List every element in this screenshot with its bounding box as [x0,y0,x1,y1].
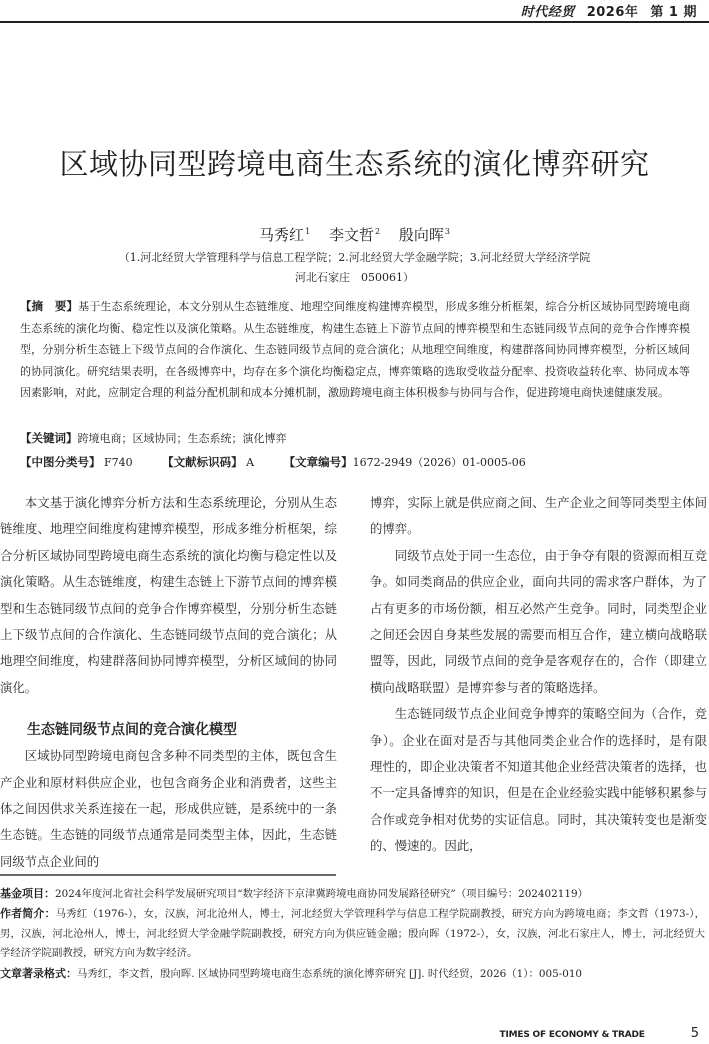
abstract-label: 【摘 要】 [20,299,78,313]
author-name: 李文哲 [329,226,374,244]
page-number: 5 [691,1026,699,1041]
footnote-divider [0,874,336,876]
clc-label: 【中图分类号】 [20,455,101,469]
affiliation-line: 河北石家庄 050061） [0,268,709,288]
fund-label: 基金项目： [0,887,55,900]
affiliation-mark: 2 [375,227,380,236]
header-text: 时代经贸2026年第 1 期 [521,1,697,20]
body-paragraph: 生态链同级节点企业间竞争博弈的策略空间为（合作，竞争）。企业在面对是否与其他同类… [370,701,707,859]
author: 马秀红1 [259,226,310,244]
header-divider [0,21,709,23]
abstract-text: 基于生态系统理论，本文分别从生态链维度、地理空间维度构建博弈模型，形成多维分析框… [20,300,690,399]
abstract: 【摘 要】基于生态系统理论，本文分别从生态链维度、地理空间维度构建博弈模型，形成… [20,296,690,404]
classification-row: 【中图分类号】 F740 【文献标识码】 A 【文章编号】1672-2949（2… [20,452,526,473]
author: 殷向晖3 [399,226,450,244]
author-bio-note: 作者简介：马秀红（1976-），女，汉族，河北沧州人，博士，河北经贸大学管理科学… [0,904,705,963]
article-number-field: 【文章编号】1672-2949（2026）01-0005-06 [284,456,526,469]
body-column-right: 博弈，实际上就是供应商之间、生产企业之间等同类型主体间的博弈。 同级节点处于同一… [370,490,707,860]
doc-code-field: 【文献标识码】 A [162,456,254,469]
article-number-label: 【文章编号】 [284,455,353,469]
bio-text: 马秀红（1976-），女，汉族，河北沧州人，博士，河北经贸大学管理科学与信息工程… [0,908,705,959]
fund-note: 基金项目：2024年度河北省社会科学发展研究项目“数字经济下京津冀跨境电商协同发… [0,884,705,904]
author-name: 马秀红 [259,226,304,244]
citation-note: 文章著录格式：马秀红，李文哲，殷向晖. 区域协同型跨境电商生态系统的演化博弈研究… [0,964,705,984]
keywords-text: 跨境电商；区域协同；生态系统；演化博弈 [78,432,287,445]
doc-code-value: A [246,456,254,469]
citation-label: 文章著录格式： [0,967,77,980]
affiliation-mark: 1 [305,227,310,236]
author-name: 殷向晖 [399,226,444,244]
article-title: 区域协同型跨境电商生态系统的演化博弈研究 [0,142,709,183]
keywords-label: 【关键词】 [20,431,78,445]
article-number-value: 1672-2949（2026）01-0005-06 [353,456,526,469]
citation-text: 马秀红，李文哲，殷向晖. 区域协同型跨境电商生态系统的演化博弈研究 [J]. 时… [77,968,582,980]
doc-code-label: 【文献标识码】 [162,455,243,469]
clc-field: 【中图分类号】 F740 [20,456,133,469]
fund-text: 2024年度河北省社会科学发展研究项目“数字经济下京津冀跨境电商协同发展路径研究… [55,888,588,900]
affiliations: （1.河北经贸大学管理科学与信息工程学院；2.河北经贸大学金融学院；3.河北经贸… [0,248,709,288]
running-footer: TIMES OF ECONOMY & TRADE5 [500,1022,699,1041]
journal-english-name: TIMES OF ECONOMY & TRADE [500,1030,645,1040]
clc-value: F740 [104,456,133,469]
bio-label: 作者简介： [0,907,56,920]
affiliation-line: （1.河北经贸大学管理科学与信息工程学院；2.河北经贸大学金融学院；3.河北经贸… [0,248,709,268]
section-heading: 生态链同级节点间的竞合演化模型 [27,717,337,743]
body-paragraph: 同级节点处于同一生态位，由于争夺有限的资源而相互竞争。如同类商品的供应企业，面向… [370,543,707,701]
issue-year: 2026年 [587,5,639,20]
author: 李文哲2 [329,226,380,244]
affiliation-mark: 3 [445,227,450,236]
keywords-row: 【关键词】跨境电商；区域协同；生态系统；演化博弈 [20,428,287,449]
footnotes: 基金项目：2024年度河北省社会科学发展研究项目“数字经济下京津冀跨境电商协同发… [0,884,705,984]
issue-number: 第 1 期 [650,5,697,20]
author-list: 马秀红1 李文哲2 殷向晖3 [0,224,709,245]
intro-paragraph: 本文基于演化博弈分析方法和生态系统理论，分别从生态链维度、地理空间维度构建博弈模… [0,490,337,701]
body-paragraph: 区域协同型跨境电商包含多种不同类型的主体，既包含生产企业和原材料供应企业，也包含… [0,743,337,875]
body-column-left: 本文基于演化博弈分析方法和生态系统理论，分别从生态链维度、地理空间维度构建博弈模… [0,490,337,875]
running-header: 时代经贸2026年第 1 期 [0,0,709,22]
body-paragraph: 博弈，实际上就是供应商之间、生产企业之间等同类型主体间的博弈。 [370,490,707,543]
journal-name: 时代经贸 [521,5,575,20]
